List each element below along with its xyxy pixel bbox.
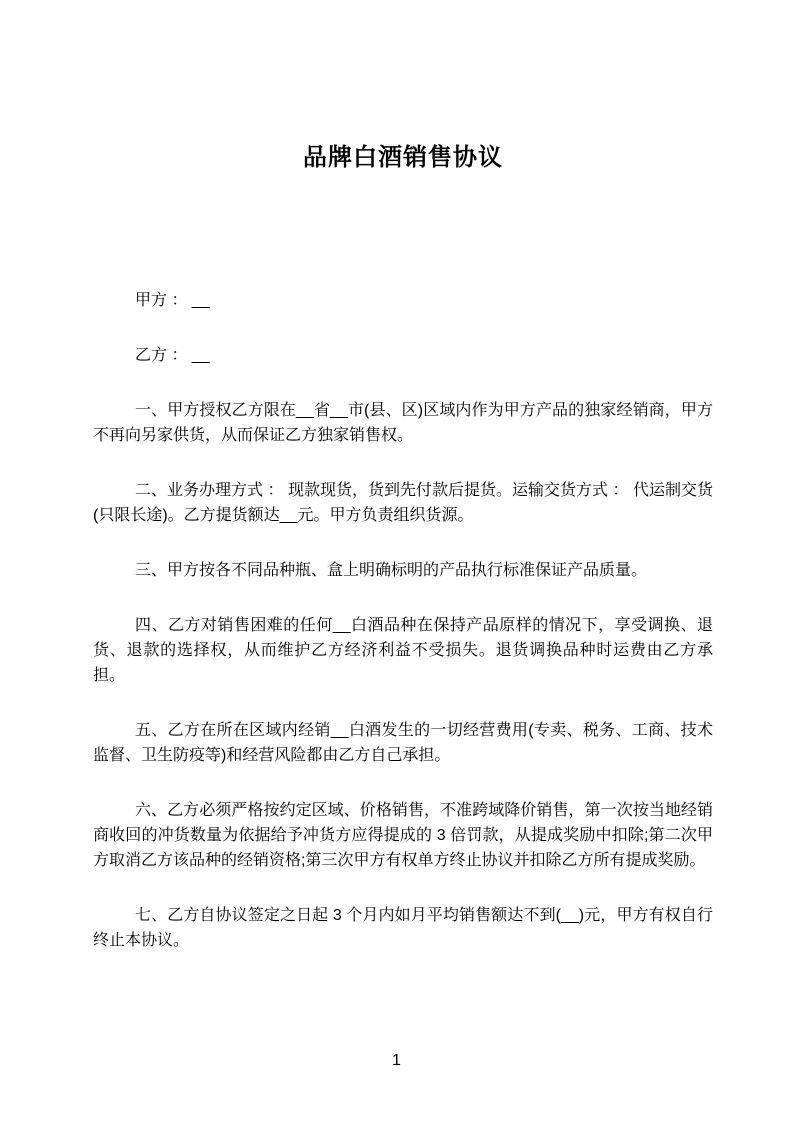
page-number: 1	[0, 1048, 793, 1073]
clause-4: 四、乙方对销售困难的任何__白酒品种在保持产品原样的情况下，享受调换、退货、退款…	[93, 613, 713, 688]
party-b-line: 乙方 ： __	[93, 343, 713, 368]
clause-6: 六、乙方必须严格按约定区域、价格销售，不准跨域降价销售，第一次按当地经销商收回的…	[93, 798, 713, 873]
clause-3: 三、甲方按各不同品种瓶、盒上明确标明的产品执行标准保证产品质量。	[93, 558, 713, 583]
clause-2: 二、业务办理方式 ： 现款现货，货到先付款后提货。运输交货方式 ： 代运制交货(…	[93, 478, 713, 528]
clause-5: 五、乙方在所在区域内经销__白酒发生的一切经营费用(专卖、税务、工商、技术监督、…	[93, 718, 713, 768]
document-body: 品牌白酒销售协议 甲方 ： __ 乙方 ： __ 一、甲方授权乙方限在__省__…	[0, 142, 793, 953]
party-a-line: 甲方 ： __	[93, 288, 713, 313]
document-title: 品牌白酒销售协议	[93, 142, 713, 174]
document-page: 品牌白酒销售协议 甲方 ： __ 乙方 ： __ 一、甲方授权乙方限在__省__…	[0, 0, 793, 1122]
clause-1: 一、甲方授权乙方限在__省__市(县、区)区域内作为甲方产品的独家经销商，甲方不…	[93, 398, 713, 448]
clause-7: 七、乙方自协议签定之日起 3 个月内如月平均销售额达不到(__)元，甲方有权自行…	[93, 903, 713, 953]
